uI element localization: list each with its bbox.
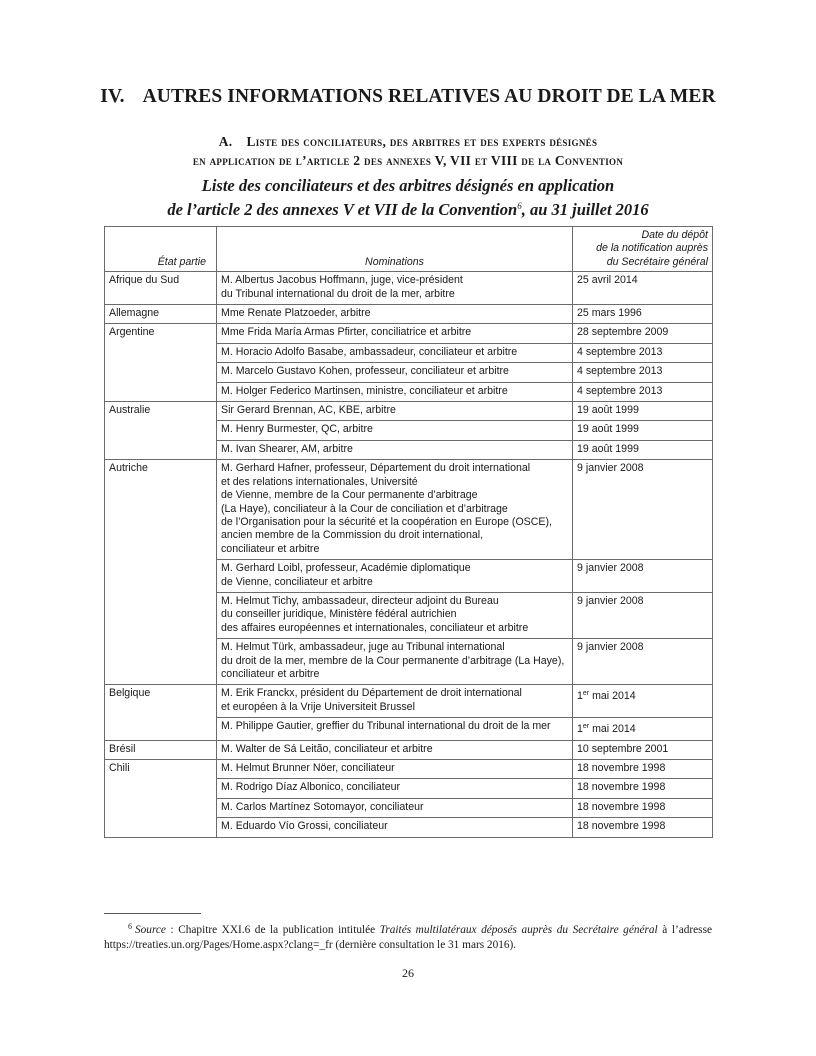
- cell-nomination: M. Rodrigo Díaz Albonico, conciliateur: [217, 779, 573, 798]
- cell-state: Allemagne: [105, 305, 217, 324]
- cell-nomination: M. Carlos Martínez Sotomayor, conciliate…: [217, 798, 573, 817]
- section-title: A.Liste des conciliateurs, des arbitres …: [0, 132, 816, 170]
- cell-date: 19 août 1999: [573, 440, 713, 459]
- footnote-source-label: Source: [135, 924, 166, 936]
- table-row: ArgentineMme Frida María Armas Pfirter, …: [105, 324, 713, 343]
- cell-nomination: M. Helmut Brunner Nöer, conciliateur: [217, 760, 573, 779]
- cell-date: 18 novembre 1998: [573, 760, 713, 779]
- cell-state: Brésil: [105, 740, 217, 759]
- cell-nomination: Sir Gerard Brennan, AC, KBE, arbitre: [217, 402, 573, 421]
- cell-date: 25 avril 2014: [573, 272, 713, 305]
- table-row: BelgiqueM. Erik Franckx, président du Dé…: [105, 685, 713, 718]
- cell-date: 18 novembre 1998: [573, 798, 713, 817]
- nominations-table: État partie Nominations Date du dépôt de…: [104, 226, 713, 838]
- header-nominations: Nominations: [217, 227, 573, 272]
- cell-state: Australie: [105, 402, 217, 460]
- footnote-mark: 6: [128, 922, 132, 931]
- cell-date: 18 novembre 1998: [573, 779, 713, 798]
- cell-state: Belgique: [105, 685, 217, 740]
- cell-nomination: M. Erik Franckx, président du Départemen…: [217, 685, 573, 718]
- table-row: AllemagneMme Renate Platzoeder, arbitre2…: [105, 305, 713, 324]
- cell-date: 19 août 1999: [573, 402, 713, 421]
- table-title-line-2: de l’article 2 des annexes V et VII de l…: [0, 196, 816, 220]
- cell-nomination: M. Henry Burmester, QC, arbitre: [217, 421, 573, 440]
- chapter-title: IV.AUTRES INFORMATIONS RELATIVES AU DROI…: [0, 86, 816, 108]
- cell-nomination: M. Albertus Jacobus Hoffmann, juge, vice…: [217, 272, 573, 305]
- cell-state: Autriche: [105, 460, 217, 685]
- table-row: AustralieSir Gerard Brennan, AC, KBE, ar…: [105, 402, 713, 421]
- cell-nomination: M. Helmut Türk, ambassadeur, juge au Tri…: [217, 639, 573, 685]
- table-title: Liste des conciliateurs et des arbitres …: [0, 175, 816, 220]
- footnote-divider: [104, 913, 201, 914]
- cell-date: 18 novembre 1998: [573, 818, 713, 837]
- cell-nomination: M. Marcelo Gustavo Kohen, professeur, co…: [217, 363, 573, 382]
- cell-nomination: M. Philippe Gautier, greffier du Tribuna…: [217, 718, 573, 740]
- cell-date: 4 septembre 2013: [573, 382, 713, 401]
- table-body: Afrique du SudM. Albertus Jacobus Hoffma…: [105, 272, 713, 837]
- cell-date: 1er mai 2014: [573, 718, 713, 740]
- header-date: Date du dépôt de la notification auprès …: [573, 227, 713, 272]
- cell-date: 9 janvier 2008: [573, 460, 713, 560]
- table-row: Afrique du SudM. Albertus Jacobus Hoffma…: [105, 272, 713, 305]
- cell-nomination: M. Gerhard Hafner, professeur, Départeme…: [217, 460, 573, 560]
- cell-nomination: M. Eduardo Vío Grossi, conciliateur: [217, 818, 573, 837]
- cell-state: Argentine: [105, 324, 217, 402]
- cell-nomination: M. Helmut Tichy, ambassadeur, directeur …: [217, 592, 573, 638]
- section-letter: A.: [219, 134, 233, 149]
- footnote: 6Source : Chapitre XXI.6 de la publicati…: [104, 919, 712, 953]
- page-number: 26: [0, 966, 816, 981]
- cell-date: 9 janvier 2008: [573, 560, 713, 593]
- section-title-line-2: en application de l’article 2 des annexe…: [0, 151, 816, 170]
- table-title-line-1: Liste des conciliateurs et des arbitres …: [0, 175, 816, 196]
- cell-nomination: M. Holger Federico Martinsen, ministre, …: [217, 382, 573, 401]
- cell-nomination: M. Ivan Shearer, AM, arbitre: [217, 440, 573, 459]
- cell-date: 4 septembre 2013: [573, 343, 713, 362]
- chapter-title-text: AUTRES INFORMATIONS RELATIVES AU DROIT D…: [143, 86, 716, 107]
- section-title-line-1: A.Liste des conciliateurs, des arbitres …: [0, 132, 816, 151]
- cell-nomination: Mme Renate Platzoeder, arbitre: [217, 305, 573, 324]
- cell-nomination: Mme Frida María Armas Pfirter, conciliat…: [217, 324, 573, 343]
- cell-date: 25 mars 1996: [573, 305, 713, 324]
- cell-date: 19 août 1999: [573, 421, 713, 440]
- table-row: BrésilM. Walter de Sá Leitão, conciliate…: [105, 740, 713, 759]
- chapter-number: IV.: [100, 86, 124, 107]
- cell-date: 4 septembre 2013: [573, 363, 713, 382]
- cell-nomination: M. Walter de Sá Leitão, conciliateur et …: [217, 740, 573, 759]
- cell-nomination: M. Gerhard Loibl, professeur, Académie d…: [217, 560, 573, 593]
- cell-date: 1er mai 2014: [573, 685, 713, 718]
- cell-date: 10 septembre 2001: [573, 740, 713, 759]
- cell-date: 9 janvier 2008: [573, 639, 713, 685]
- cell-state: Afrique du Sud: [105, 272, 217, 305]
- cell-date: 9 janvier 2008: [573, 592, 713, 638]
- footnote-publication-title: Traités multilatéraux déposés auprès du …: [380, 924, 658, 936]
- table-row: ChiliM. Helmut Brunner Nöer, conciliateu…: [105, 760, 713, 779]
- header-state: État partie: [105, 227, 217, 272]
- cell-date: 28 septembre 2009: [573, 324, 713, 343]
- table-header-row: État partie Nominations Date du dépôt de…: [105, 227, 713, 272]
- cell-nomination: M. Horacio Adolfo Basabe, ambassadeur, c…: [217, 343, 573, 362]
- cell-state: Chili: [105, 760, 217, 838]
- table-row: AutricheM. Gerhard Hafner, professeur, D…: [105, 460, 713, 560]
